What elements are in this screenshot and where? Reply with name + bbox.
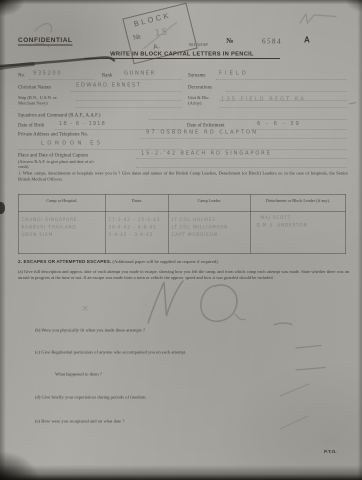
unit-tick-mark (349, 103, 356, 105)
answer-b-dash (274, 323, 292, 325)
stamp-scribble (143, 22, 177, 49)
scanned-pow-form: CONFIDENTIAL BLOCK № 15 A. M.I. 9/JAP № … (0, 0, 362, 480)
answer-e-mark (280, 416, 308, 429)
answer-c-dash (296, 346, 321, 349)
answer-c2-dash (296, 368, 325, 371)
answer-d-mark (280, 384, 309, 396)
top-left-scribble (30, 24, 52, 47)
left-edge-mark (0, 202, 5, 214)
pencil-marks-overlay (0, 0, 362, 480)
asterisk-mark (83, 306, 88, 311)
top-right-scribble (300, 14, 336, 23)
